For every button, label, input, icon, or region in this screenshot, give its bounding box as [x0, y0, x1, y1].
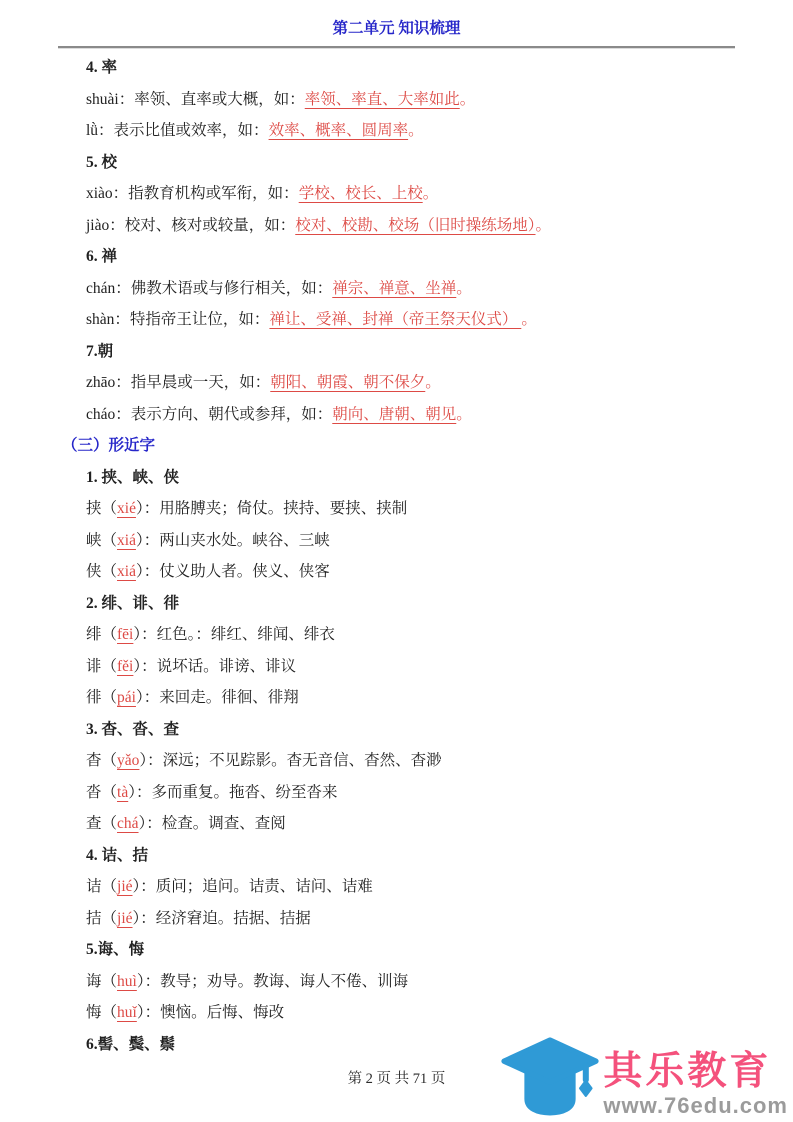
text-segment: ）：多而重复。拖沓、纷至沓来	[128, 784, 337, 801]
document-body: 4. 率shuài：率领、直率或大概，如：率领、率直、大率如此。lǜ：表示比值或…	[0, 52, 793, 1060]
text-segment: ）：质问；追问。诘责、诘问、诘难	[133, 878, 373, 895]
text-segment: 拮（	[86, 910, 117, 927]
text-segment: 禅宗、禅意、坐禅	[332, 280, 456, 297]
text-segment: tà	[117, 784, 128, 801]
section-heading: 5. 校	[86, 147, 763, 179]
text-line: jiào：校对、核对或较量，如：校对、校勘、校场（旧时操练场地）。	[86, 210, 763, 242]
brand-text: 其乐教育 www.76edu.com	[603, 1051, 788, 1118]
text-segment: ）：检查。调查、查阅	[139, 815, 286, 832]
text-segment: chá	[117, 815, 139, 832]
text-line: 诘（jié）：质问；追问。诘责、诘问、诘难	[86, 871, 763, 903]
text-line: 拮（jié）：经济窘迫。拮据、拮据	[86, 903, 763, 935]
text-line: chán：佛教术语或与修行相关，如：禅宗、禅意、坐禅。	[86, 273, 763, 305]
text-segment: 侠（	[86, 563, 117, 580]
text-segment: xiá	[117, 532, 136, 549]
text-segment: ）：经济窘迫。拮据、拮据	[133, 910, 311, 927]
category-heading: （三）形近字	[62, 430, 763, 462]
text-segment: ）：说坏话。诽谤、诽议	[133, 658, 296, 675]
text-segment: 徘（	[86, 689, 117, 706]
text-segment: 查（	[86, 815, 117, 832]
text-line: 查（chá）：检查。调查、查阅	[86, 808, 763, 840]
section-heading: 7.朝	[86, 336, 763, 368]
text-segment: 朝向、唐朝、朝见	[332, 406, 456, 423]
section-heading: 4. 率	[86, 52, 763, 84]
text-line: lǜ：表示比值或效率，如：效率、概率、圆周率。	[86, 115, 763, 147]
text-line: 绯（fēi）：红色。：绯红、绯闻、绯衣	[86, 619, 763, 651]
brand-url: www.76edu.com	[603, 1093, 788, 1118]
text-segment: lǜ：表示比值或效率，如：	[86, 122, 269, 139]
text-segment: 杳（	[86, 752, 117, 769]
text-segment: 。	[408, 122, 424, 139]
section-heading: 4. 诘、拮	[86, 840, 763, 872]
text-segment: jiào：校对、核对或较量，如：	[86, 217, 295, 234]
text-segment: 峡（	[86, 532, 117, 549]
text-line: 杳（yǎo）：深远；不见踪影。杳无音信、杳然、杳渺	[86, 745, 763, 777]
text-segment: 校对、校勘、校场（旧时操练场地）	[295, 217, 535, 234]
text-line: zhāo：指早晨或一天，如：朝阳、朝霞、朝不保夕。	[86, 367, 763, 399]
text-line: 悔（huǐ）：懊恼。后悔、悔改	[86, 997, 763, 1029]
text-segment: cháo：表示方向、朝代或参拜，如：	[86, 406, 332, 423]
text-segment: 悔（	[86, 1004, 117, 1021]
text-line: shuài：率领、直率或大概，如：率领、率直、大率如此。	[86, 84, 763, 116]
text-segment: ）：来回走。徘徊、徘翔	[136, 689, 299, 706]
section-heading: 5.诲、悔	[86, 934, 763, 966]
text-segment: shàn：特指帝王让位，如：	[86, 311, 269, 328]
section-heading: 1. 挟、峡、侠	[86, 462, 763, 494]
text-segment: 挟（	[86, 500, 117, 517]
text-segment: xiào：指教育机构或军衔，如：	[86, 185, 299, 202]
text-segment: ）：两山夹水处。峡谷、三峡	[136, 532, 330, 549]
text-line: 侠（xiá）：仗义助人者。侠义、侠客	[86, 556, 763, 588]
text-segment: fěi	[117, 658, 133, 675]
section-heading: 6. 禅	[86, 241, 763, 273]
text-segment: yǎo	[117, 752, 139, 769]
text-segment: 率领、率直、大率如此	[305, 91, 460, 108]
text-line: shàn：特指帝王让位，如：禅让、受禅、封禅（帝王祭天仪式） 。	[86, 304, 763, 336]
text-segment: zhāo：指早晨或一天，如：	[86, 374, 270, 391]
text-segment: xiá	[117, 563, 136, 580]
text-segment: 诽（	[86, 658, 117, 675]
text-segment: 。	[423, 185, 439, 202]
text-segment: 学校、校长、上校	[299, 185, 423, 202]
text-segment: 。	[456, 406, 472, 423]
text-segment: 。	[456, 280, 472, 297]
text-segment: 。	[460, 91, 476, 108]
text-segment: huì	[117, 973, 137, 990]
text-segment: huǐ	[117, 1004, 137, 1021]
text-segment: 诘（	[86, 878, 117, 895]
page-number: 第 2 页 共 71 页	[348, 1071, 446, 1087]
brand-logo: 其乐教育 www.76edu.com	[501, 1036, 788, 1118]
text-segment: ）：红色。：绯红、绯闻、绯衣	[133, 626, 335, 643]
text-segment: jié	[117, 910, 133, 927]
text-segment: fēi	[117, 626, 133, 643]
text-line: 挟（xié）：用胳膊夹；倚仗。挟持、要挟、挟制	[86, 493, 763, 525]
text-line: xiào：指教育机构或军衔，如：学校、校长、上校。	[86, 178, 763, 210]
header-divider	[58, 46, 735, 48]
text-line: 峡（xiá）：两山夹水处。峡谷、三峡	[86, 525, 763, 557]
section-heading: 3. 杳、沓、查	[86, 714, 763, 746]
text-segment: ）：用胳膊夹；倚仗。挟持、要挟、挟制	[136, 500, 407, 517]
page-title: 第二单元 知识梳理	[0, 0, 793, 40]
section-heading: 2. 绯、诽、徘	[86, 588, 763, 620]
text-segment: ）：仗义助人者。侠义、侠客	[136, 563, 330, 580]
text-segment: jié	[117, 878, 133, 895]
text-line: cháo：表示方向、朝代或参拜，如：朝向、唐朝、朝见。	[86, 399, 763, 431]
text-segment: 效率、概率、圆周率	[269, 122, 409, 139]
text-segment: 绯（	[86, 626, 117, 643]
text-segment: ）：教导；劝导。教诲、诲人不倦、训诲	[137, 973, 408, 990]
text-line: 诽（fěi）：说坏话。诽谤、诽议	[86, 651, 763, 683]
text-segment: chán：佛教术语或与修行相关，如：	[86, 280, 332, 297]
text-segment: 禅让、受禅、封禅（帝王祭天仪式）	[269, 311, 521, 328]
text-segment: ）：懊恼。后悔、悔改	[137, 1004, 284, 1021]
text-segment: 。	[425, 374, 441, 391]
text-segment: 。	[521, 311, 537, 328]
text-segment: 沓（	[86, 784, 117, 801]
text-line: 徘（pái）：来回走。徘徊、徘翔	[86, 682, 763, 714]
text-line: 诲（huì）：教导；劝导。教诲、诲人不倦、训诲	[86, 966, 763, 998]
graduation-cap-icon	[501, 1036, 599, 1118]
text-segment: 诲（	[86, 973, 117, 990]
text-line: 沓（tà）：多而重复。拖沓、纷至沓来	[86, 777, 763, 809]
text-segment: shuài：率领、直率或大概，如：	[86, 91, 305, 108]
brand-name: 其乐教育	[603, 1051, 771, 1093]
text-segment: xié	[117, 500, 136, 517]
text-segment: 朝阳、朝霞、朝不保夕	[270, 374, 425, 391]
text-segment: 。	[536, 217, 552, 234]
text-segment: pái	[117, 689, 136, 706]
text-segment: ）：深远；不见踪影。杳无音信、杳然、杳渺	[139, 752, 441, 769]
